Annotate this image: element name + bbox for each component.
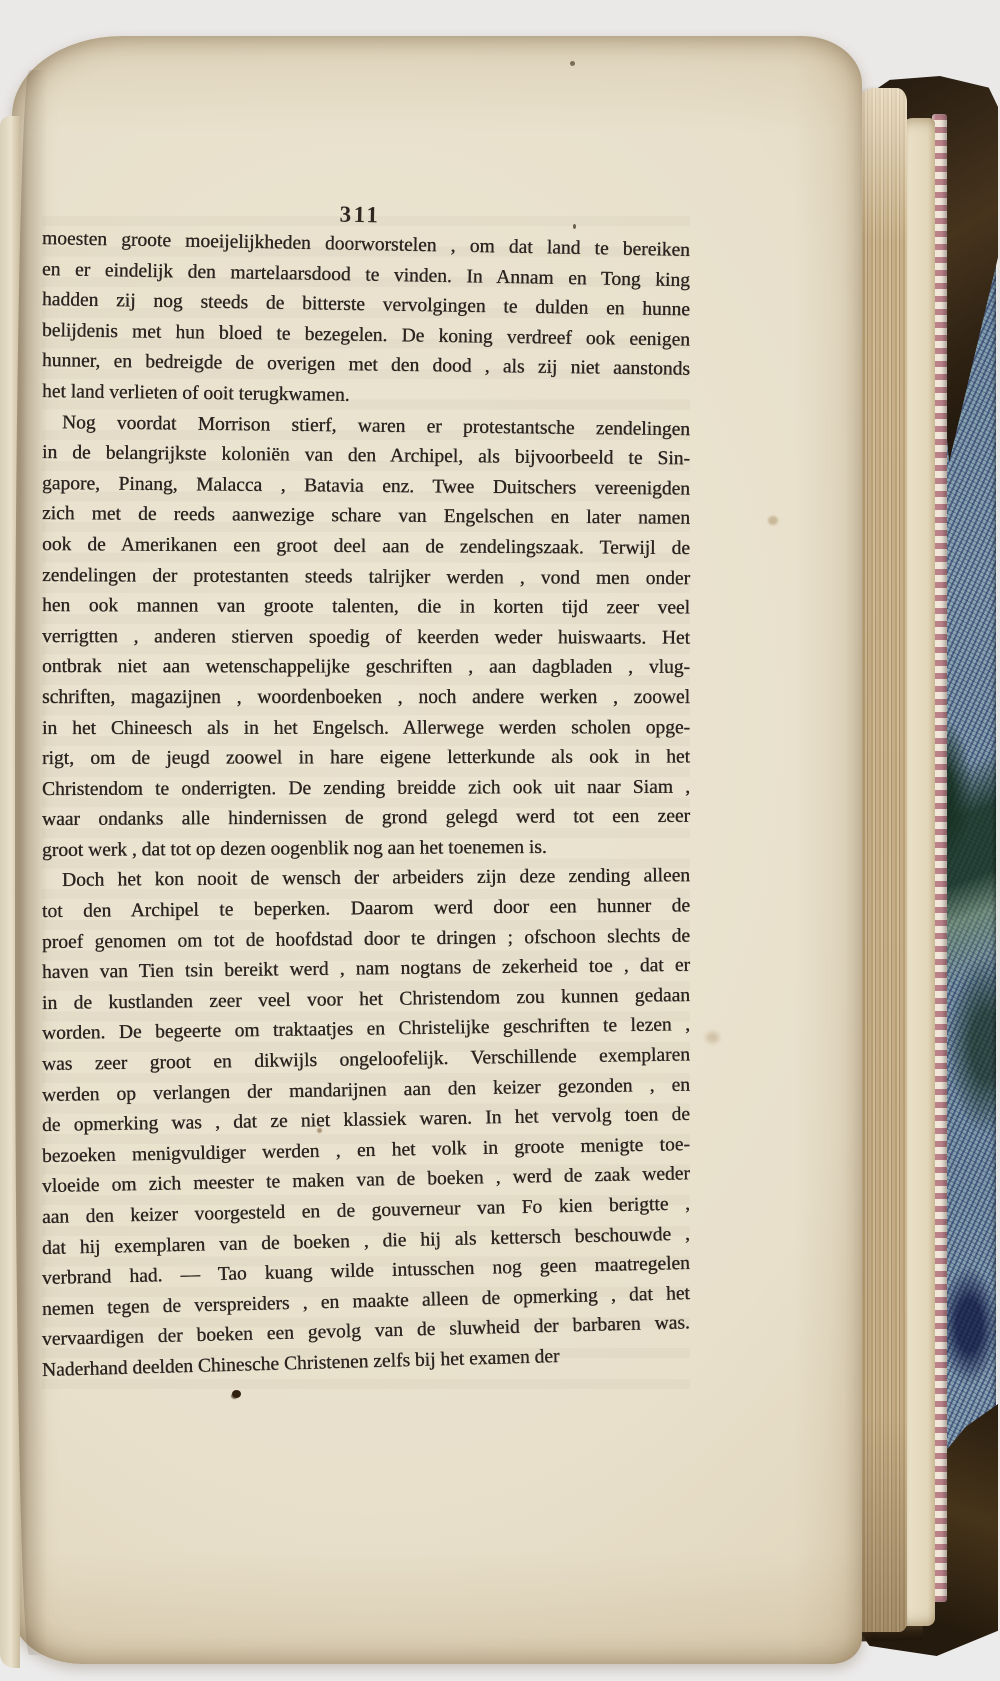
ink-spot (232, 1390, 241, 1398)
text-line: in het Chineesch als in het Engelsch. Al… (42, 713, 690, 744)
facing-page-sliver (0, 116, 20, 1668)
paper-speck (570, 61, 575, 66)
text-line: hen ook mannen van groote talenten, die … (42, 591, 690, 624)
book-page: 311 moesten groote moeijelijkheden doorw… (12, 36, 862, 1664)
text-line: zendelingen der protestanten steeds talr… (42, 561, 690, 595)
text-line: waar ondanks alle hindernissen de grond … (42, 802, 690, 836)
text-line: ook de Amerikanen een groot deel aan de … (42, 530, 690, 565)
text-block: moesten groote moeijelijkheden doorworst… (42, 224, 690, 1387)
text-line: zich met de reeds aanwezige schare van E… (42, 499, 690, 534)
text-line: rigt, om de jeugd zoowel in hare eigene … (42, 743, 690, 775)
fox-spot (768, 516, 778, 525)
photo-background: 311 moesten groote moeijelijkheden doorw… (0, 0, 1000, 1681)
text-line: Christendom te onderrigten. De zending b… (42, 772, 690, 805)
text-line: verrigtten , anderen stierven spoedig of… (42, 622, 690, 654)
text-line: schriften, magazijnen , woordenboeken , … (42, 683, 690, 714)
fox-spot (706, 1032, 719, 1043)
text-line: ontbrak niet aan wetenschappelijke gesch… (42, 652, 690, 683)
